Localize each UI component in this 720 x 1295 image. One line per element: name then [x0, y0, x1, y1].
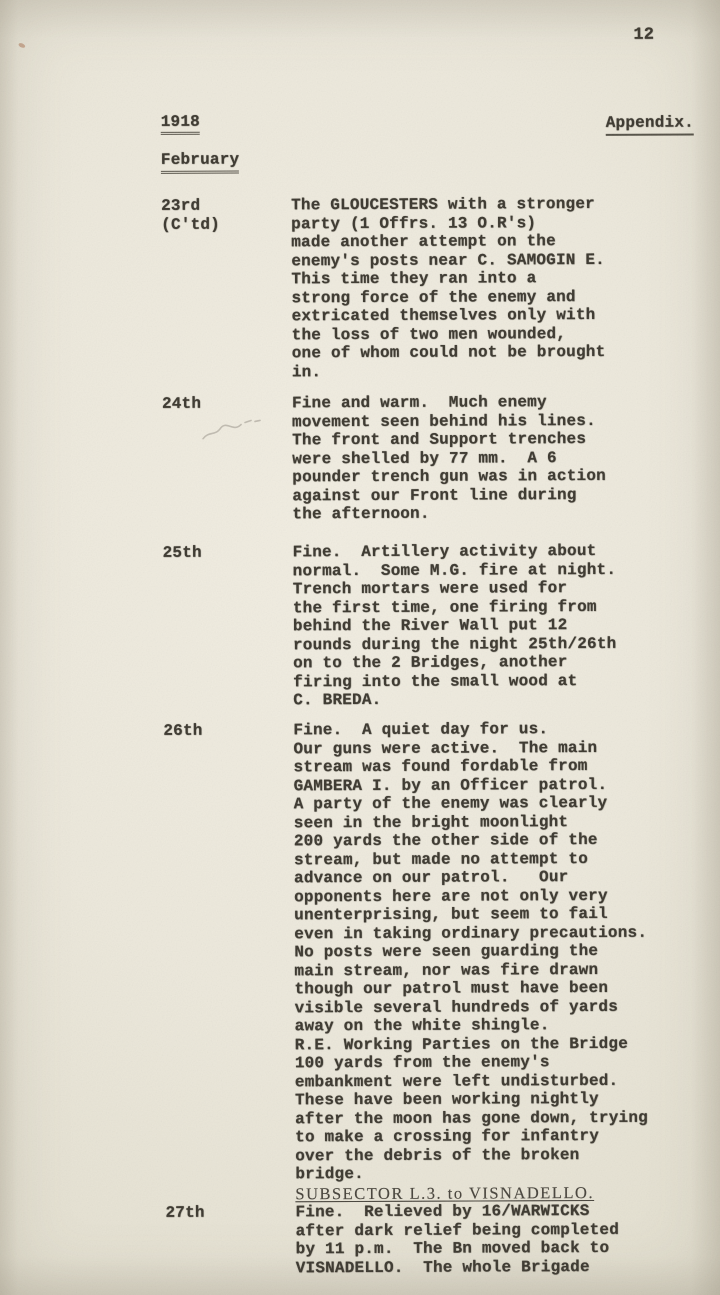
diary-entry-25th: 25thFine. Artillery activity about norma… — [0, 541, 720, 544]
appendix-heading: Appendix. — [606, 114, 694, 136]
entry-date: 27th — [165, 1204, 204, 1223]
entry-date: 23rd (C'td) — [161, 197, 220, 234]
entry-body: The GLOUCESTERS with a stronger party (1… — [291, 195, 682, 382]
entry-text: Fine and warm. Much enemy movement seen … — [292, 393, 683, 524]
subsector-heading: SUBSECTOR L.3. to VISNADELLO. — [295, 1183, 685, 1204]
paper-speck — [18, 42, 26, 49]
scanned-diary-page: 12 1918 Appendix. February 23rd (C'td)Th… — [0, 0, 720, 1295]
entry-text: Fine. Artillery activity about normal. S… — [293, 542, 684, 710]
entry-body: SUBSECTOR L.3. to VISNADELLO.Fine. Relie… — [295, 1183, 685, 1278]
entry-date: 24th — [162, 395, 201, 414]
diary-entry-26th: 26thFine. A quiet day for us. Our guns w… — [0, 719, 720, 722]
entry-text: Fine. A quiet day for us. Our guns were … — [293, 720, 685, 1184]
sheet-content: 12 1918 Appendix. February 23rd (C'td)Th… — [0, 0, 720, 1295]
diary-entry-24th: 24thFine and warm. Much enemy movement s… — [0, 392, 719, 395]
diary-entry-23rd: 23rd (C'td)The GLOUCESTERS with a strong… — [0, 194, 718, 197]
entry-text: The GLOUCESTERS with a stronger party (1… — [291, 195, 682, 382]
month-heading: February — [161, 151, 240, 174]
entry-date: 25th — [163, 544, 202, 563]
diary-entries: 23rd (C'td)The GLOUCESTERS with a strong… — [0, 0, 717, 2]
pencil-scribble-mark — [197, 412, 267, 448]
entry-body: Fine and warm. Much enemy movement seen … — [292, 393, 683, 524]
entry-date: 26th — [163, 722, 202, 741]
entry-body: Fine. Artillery activity about normal. S… — [293, 542, 684, 710]
year-heading: 1918 — [161, 113, 200, 135]
page-number: 12 — [633, 26, 654, 45]
entry-text: Fine. Relieved by 16/WARWICKS after dark… — [295, 1202, 685, 1278]
entry-body: Fine. A quiet day for us. Our guns were … — [293, 720, 685, 1184]
